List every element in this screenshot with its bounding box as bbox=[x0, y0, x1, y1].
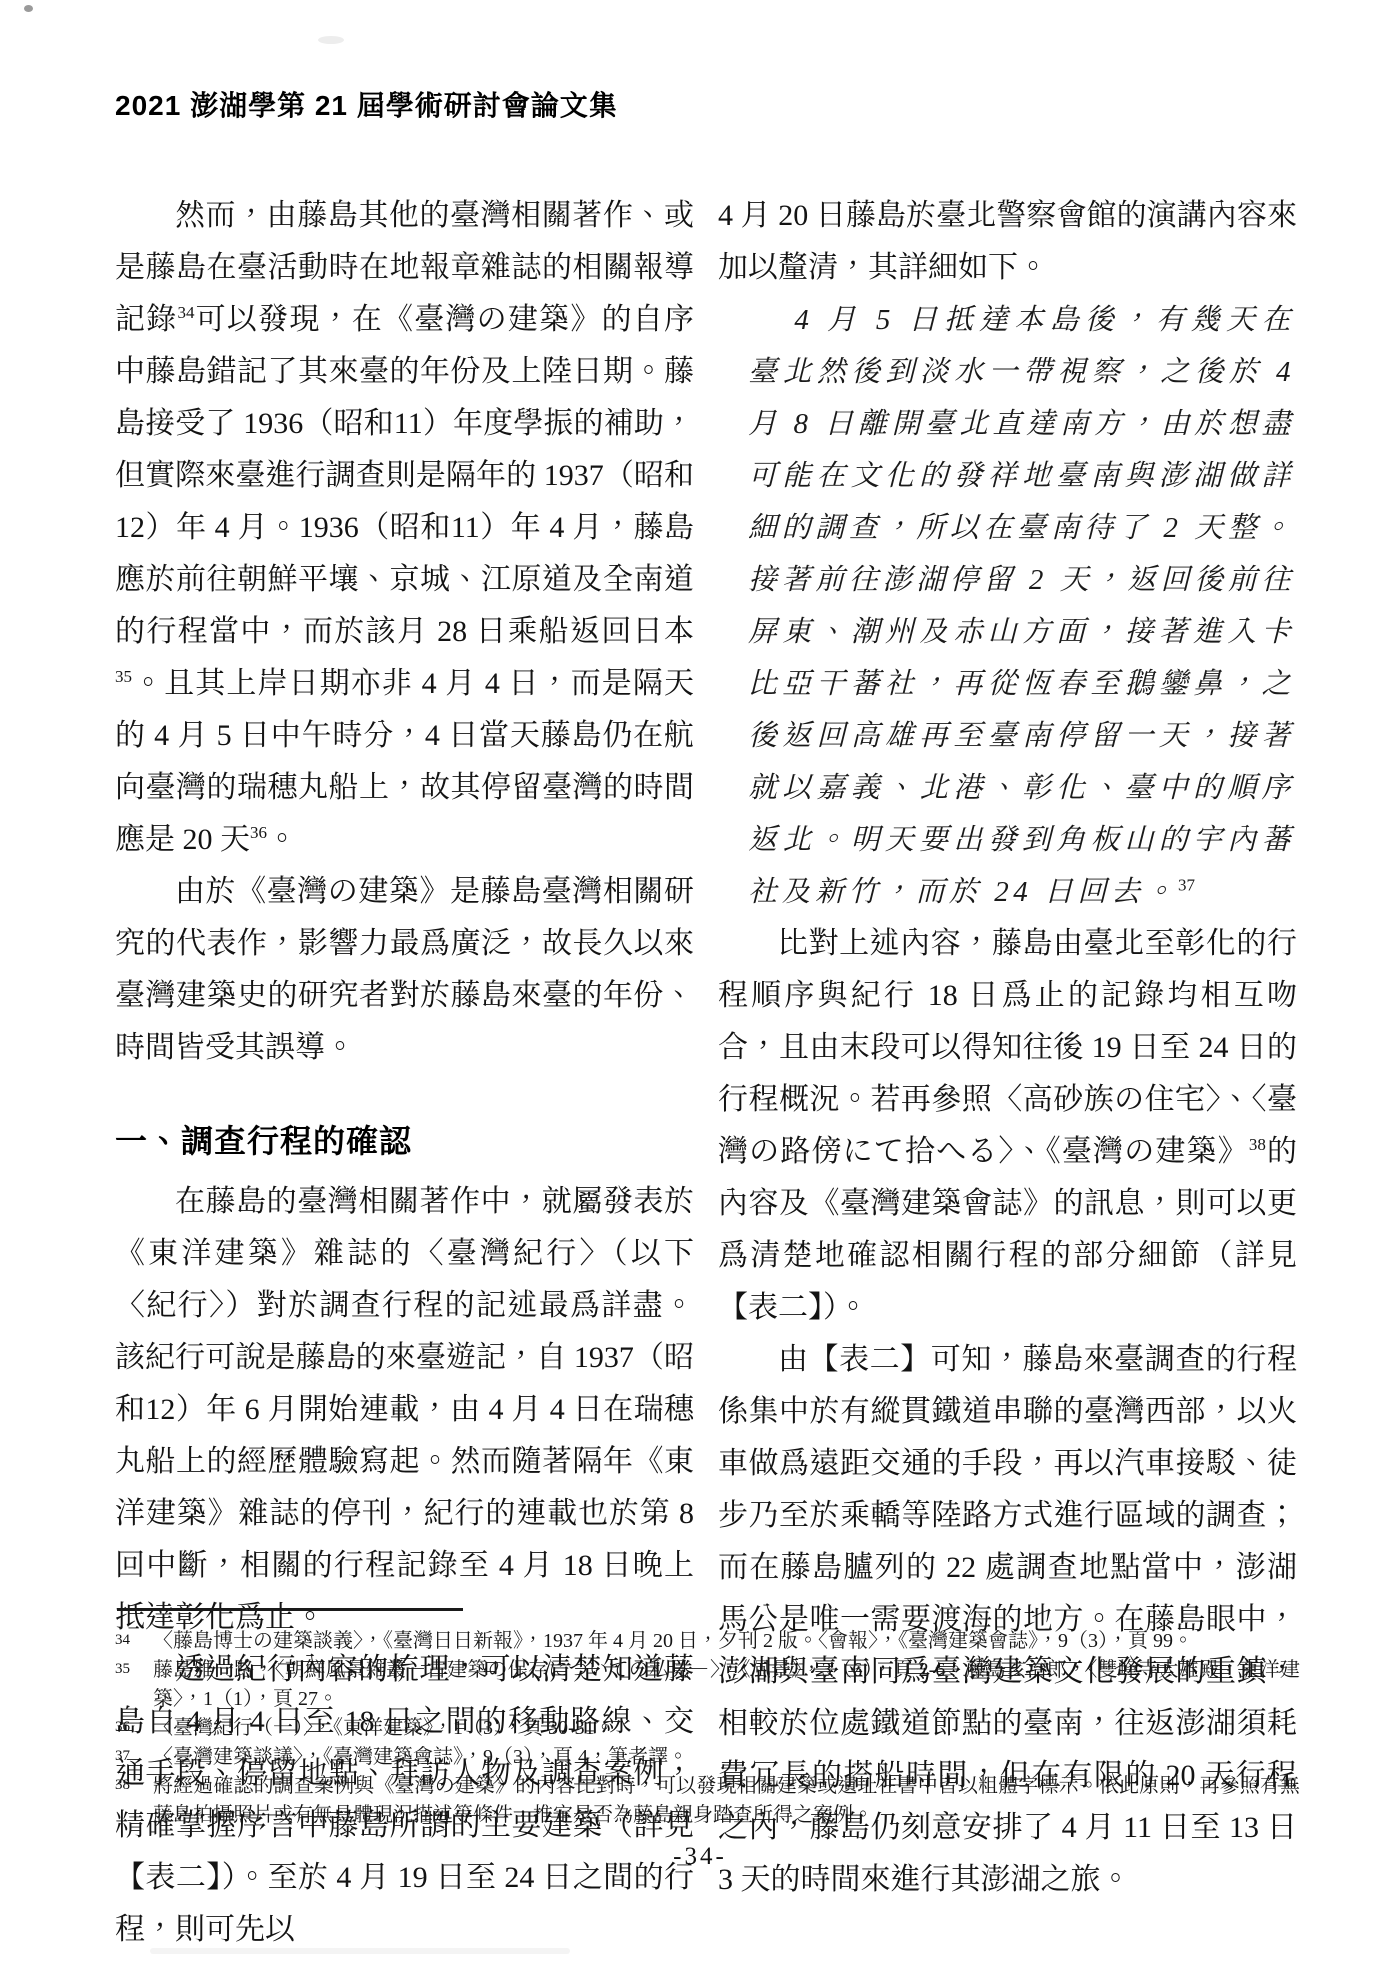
footnote-ref-36: 36 bbox=[250, 823, 267, 842]
footnote-text: 將經過確認的調查案例與《臺灣の建築》的內容比對時，可以發現相關建築或遺址在書中皆… bbox=[153, 1772, 1300, 1830]
footnote: 38 將經過確認的調查案例與《臺灣の建築》的內容比對時，可以發現相關建築或遺址在… bbox=[115, 1772, 1300, 1830]
paragraph-text: 比對上述內容，藤島由臺北至彰化的行程順序與紀行 18 日爲止的記錄均相互吻合，且… bbox=[718, 927, 1297, 1168]
footnote-number: 35 bbox=[115, 1656, 153, 1680]
section-heading: 一、調查行程的確認 bbox=[115, 1116, 694, 1162]
running-header: 2021 澎湖學第 21 屆學術研討會論文集 bbox=[115, 84, 618, 124]
paragraph: 比對上述內容，藤島由臺北至彰化的行程順序與紀行 18 日爲止的記錄均相互吻合，且… bbox=[718, 918, 1297, 1334]
paragraph: 在藤島的臺灣相關著作中，就屬發表於《東洋建築》雜誌的〈臺灣紀行〉（以下〈紀行〉）… bbox=[115, 1176, 694, 1644]
footnotes-section: 34 〈藤島博士の建築談義〉，《臺灣日日新報》，1937 年 4 月 20 日，… bbox=[115, 1608, 1300, 1830]
footnote-ref-37: 37 bbox=[1178, 875, 1195, 894]
footnote: 37 〈臺灣建築談議〉，《臺灣建築會誌》，9（3），頁 4，筆者譯。 bbox=[115, 1743, 1300, 1772]
footnote: 34 〈藤島博士の建築談義〉，《臺灣日日新報》，1937 年 4 月 20 日，… bbox=[115, 1627, 1300, 1656]
footnote-text: 〈臺灣建築談議〉，《臺灣建築會誌》，9（3），頁 4，筆者譯。 bbox=[153, 1743, 1300, 1772]
footnote-ref-35: 35 bbox=[115, 667, 132, 686]
footnote-number: 36 bbox=[115, 1714, 153, 1738]
scan-artifact bbox=[318, 36, 344, 44]
paragraph-text: 。且其上岸日期亦非 4 月 4 日，而是隔天的 4 月 5 日中午時分，4 日當… bbox=[115, 667, 694, 856]
footnote-ref-34: 34 bbox=[177, 303, 194, 322]
paragraph: 然而，由藤島其他的臺灣相關著作、或是藤島在臺活動時在地報章雜誌的相關報導記錄34… bbox=[115, 190, 694, 866]
footnote-number: 37 bbox=[115, 1743, 153, 1767]
footnote-ref-38: 38 bbox=[1249, 1135, 1266, 1154]
footnote-separator-rule bbox=[117, 1608, 463, 1611]
scan-artifact bbox=[24, 5, 33, 12]
quote-text: 4 月 5 日抵達本島後，有幾天在臺北然後到淡水一帶視察，之後於 4 月 8 日… bbox=[748, 304, 1295, 908]
paper-page: 2021 澎湖學第 21 屆學術研討會論文集 然而，由藤島其他的臺灣相關著作、或… bbox=[0, 0, 1400, 1980]
paragraph-text: 。 bbox=[267, 823, 297, 856]
footnote-text: 〈藤島博士の建築談義〉，《臺灣日日新報》，1937 年 4 月 20 日，夕刊 … bbox=[153, 1627, 1300, 1656]
footnote-number: 38 bbox=[115, 1772, 153, 1796]
paragraph-continuation: 4 月 20 日藤島於臺北警察會館的演講內容來加以釐清，其詳細如下。 bbox=[718, 190, 1297, 294]
footnote-number: 34 bbox=[115, 1627, 153, 1651]
paragraph: 由於《臺灣の建築》是藤島臺灣相關研究的代表作，影響力最爲廣泛，故長久以來臺灣建築… bbox=[115, 866, 694, 1074]
paragraph-text: 可以發現，在《臺灣の建築》的自序中藤島錯記了其來臺的年份及上陸日期。藤島接受了 … bbox=[115, 303, 694, 648]
footnote: 35 藤島雅一路，〈朝鮮風景雜叢－古建築の保存についての私見－〉，《風景》，3（… bbox=[115, 1656, 1300, 1714]
block-quote: 4 月 5 日抵達本島後，有幾天在臺北然後到淡水一帶視察，之後於 4 月 8 日… bbox=[748, 294, 1295, 918]
page-number: -34- bbox=[0, 1843, 1400, 1871]
footnote-text: 藤島雅一路，〈朝鮮風景雜叢－古建築の保存についての私見－〉，《風景》，3（6），… bbox=[153, 1656, 1300, 1714]
footnote: 36 〈臺灣紀行（一）〉，《東洋建築》，1（3），頁 30-31。 bbox=[115, 1714, 1300, 1743]
footnote-text: 〈臺灣紀行（一）〉，《東洋建築》，1（3），頁 30-31。 bbox=[153, 1714, 1300, 1743]
